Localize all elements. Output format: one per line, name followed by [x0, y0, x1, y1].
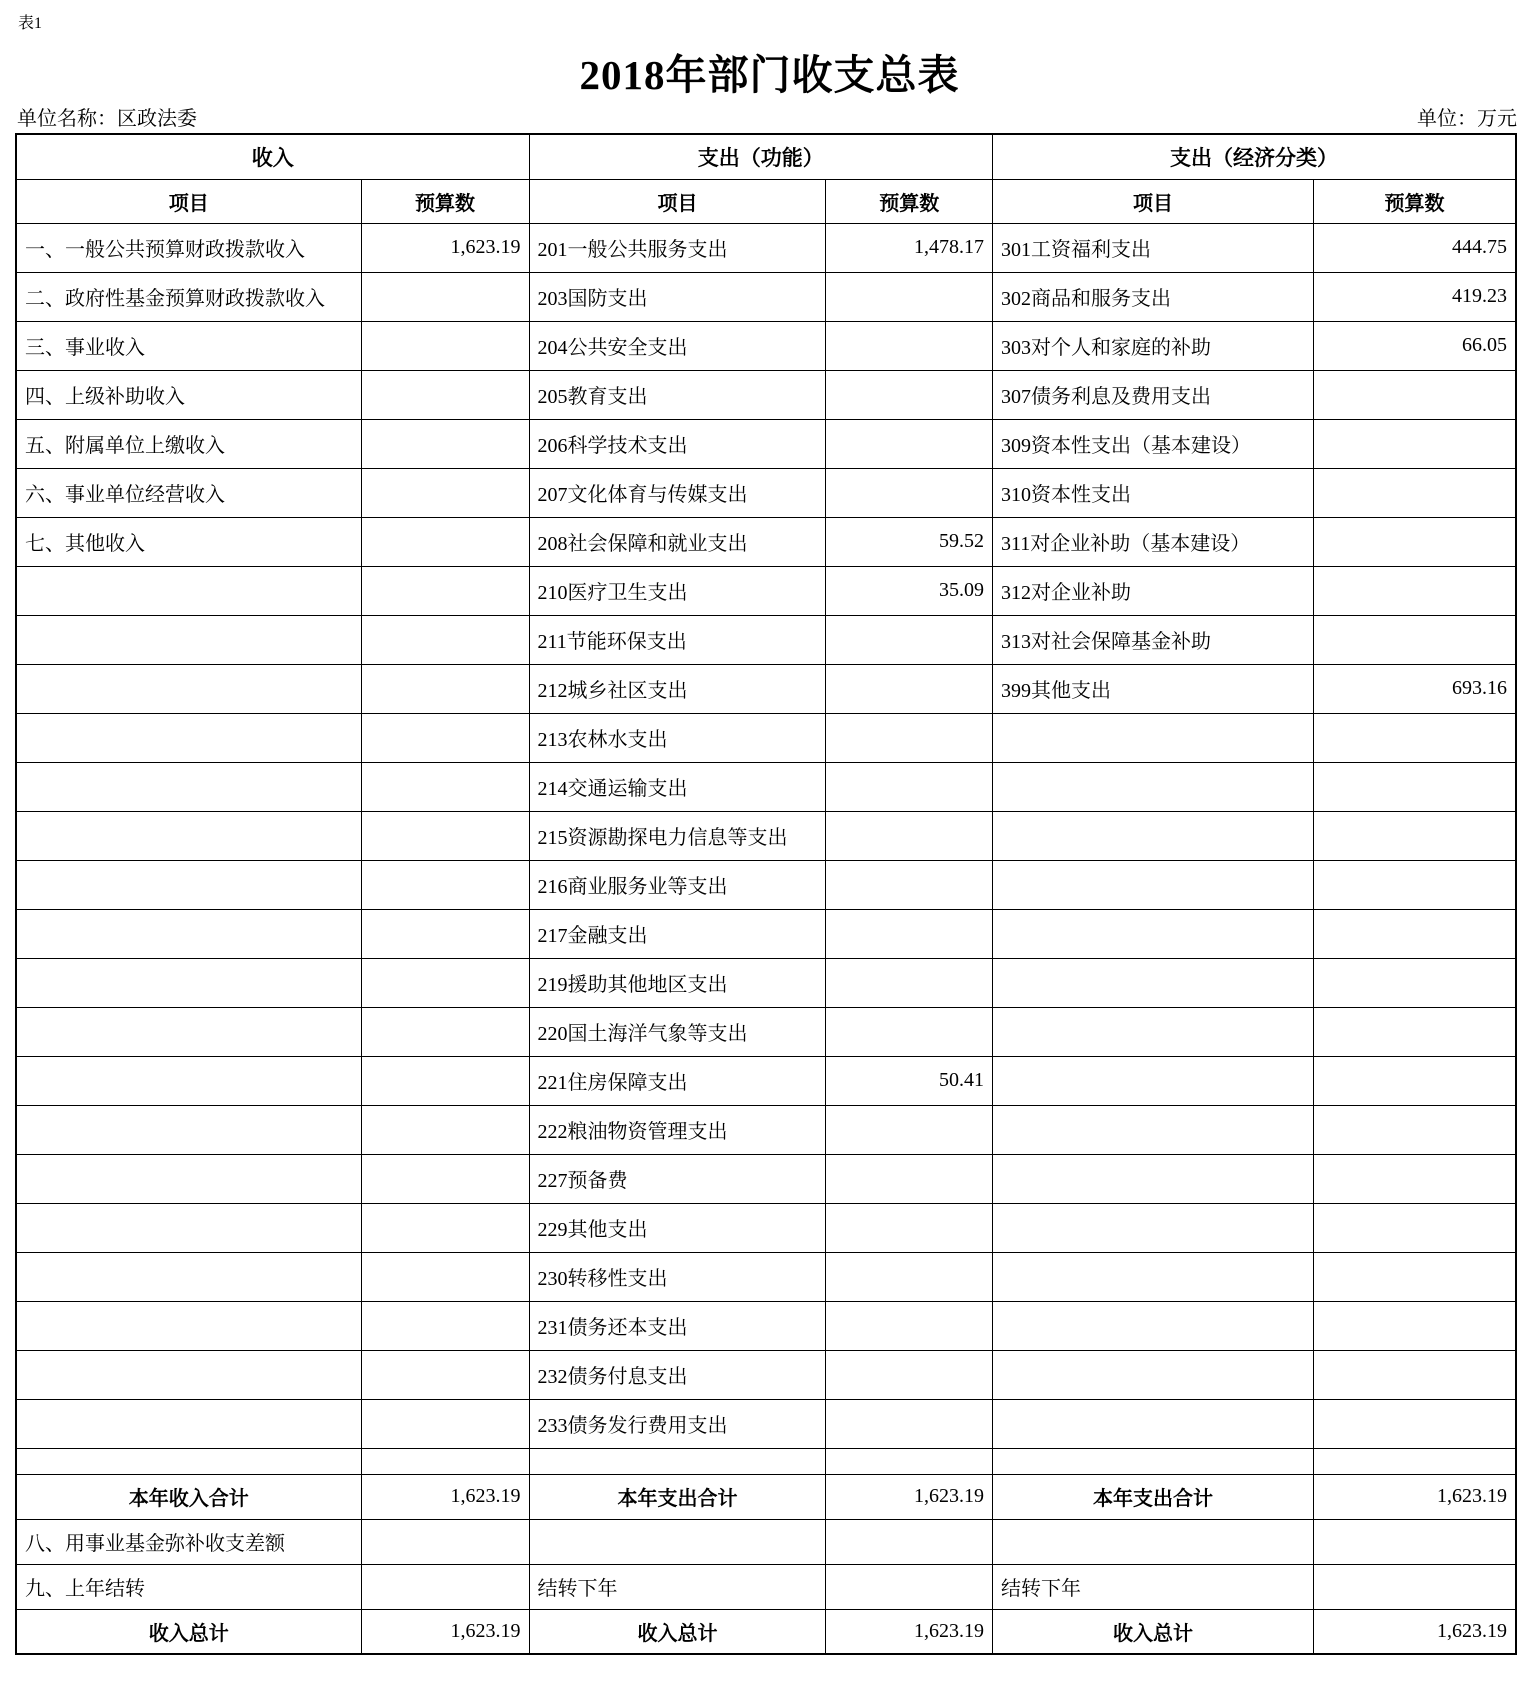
sheet-label: 表1: [18, 10, 42, 33]
budget-value-cell: [826, 1301, 993, 1350]
item-label-cell: [992, 1519, 1313, 1564]
budget-value-cell: [361, 664, 529, 713]
item-label-cell: [16, 1105, 361, 1154]
item-label-cell: [992, 1448, 1313, 1474]
table-row: 九、上年结转结转下年结转下年: [16, 1564, 1516, 1609]
table-row: 215资源勘探电力信息等支出: [16, 811, 1516, 860]
item-label-cell: 收入总计: [992, 1609, 1313, 1654]
item-label-cell: [992, 713, 1313, 762]
budget-value-cell: [826, 1448, 993, 1474]
budget-value-cell: [826, 811, 993, 860]
item-label-cell: 216商业服务业等支出: [529, 860, 826, 909]
budget-value-cell: [826, 468, 993, 517]
item-label-cell: [16, 958, 361, 1007]
item-label-cell: 七、其他收入: [16, 517, 361, 566]
item-label-cell: [992, 762, 1313, 811]
budget-value-cell: 1,478.17: [826, 223, 993, 272]
item-label-cell: 231债务还本支出: [529, 1301, 826, 1350]
table-row: 二、政府性基金预算财政拨款收入203国防支出302商品和服务支出419.23: [16, 272, 1516, 321]
budget-value-cell: 693.16: [1313, 664, 1516, 713]
budget-value-cell: [361, 468, 529, 517]
budget-value-cell: [1313, 1399, 1516, 1448]
table-row: 七、其他收入208社会保障和就业支出59.52311对企业补助（基本建设）: [16, 517, 1516, 566]
item-label-cell: 217金融支出: [529, 909, 826, 958]
budget-value-cell: [361, 1252, 529, 1301]
budget-value-cell: 66.05: [1313, 321, 1516, 370]
item-label-cell: 四、上级补助收入: [16, 370, 361, 419]
item-label-cell: 本年收入合计: [16, 1474, 361, 1519]
item-label-cell: [16, 860, 361, 909]
item-label-cell: 205教育支出: [529, 370, 826, 419]
item-label-cell: 313对社会保障基金补助: [992, 615, 1313, 664]
budget-value-cell: [1313, 1007, 1516, 1056]
item-label-cell: [992, 811, 1313, 860]
item-label-cell: 310资本性支出: [992, 468, 1313, 517]
item-label-cell: [992, 1105, 1313, 1154]
page-title: 2018年部门收支总表: [0, 42, 1539, 101]
budget-value-cell: [1313, 811, 1516, 860]
item-label-cell: [992, 1056, 1313, 1105]
budget-value-cell: [1313, 762, 1516, 811]
table-row: 229其他支出: [16, 1203, 1516, 1252]
item-label-cell: 二、政府性基金预算财政拨款收入: [16, 272, 361, 321]
item-label-cell: 232债务付息支出: [529, 1350, 826, 1399]
table-row: 一、一般公共预算财政拨款收入1,623.19201一般公共服务支出1,478.1…: [16, 223, 1516, 272]
item-label-cell: 302商品和服务支出: [992, 272, 1313, 321]
budget-value-cell: [1313, 860, 1516, 909]
item-label-cell: 307债务利息及费用支出: [992, 370, 1313, 419]
budget-value-cell: [1313, 713, 1516, 762]
budget-value-cell: [826, 762, 993, 811]
item-label-cell: [16, 909, 361, 958]
item-label-cell: 233债务发行费用支出: [529, 1399, 826, 1448]
budget-value-cell: [361, 321, 529, 370]
item-label-cell: 五、附属单位上缴收入: [16, 419, 361, 468]
budget-value-cell: [826, 321, 993, 370]
group-header-expenditure-economic: 支出（经济分类）: [992, 134, 1516, 179]
item-label-cell: 301工资福利支出: [992, 223, 1313, 272]
item-label-cell: [16, 1252, 361, 1301]
currency-unit-label: 单位：万元: [1417, 102, 1517, 131]
item-label-cell: 220国土海洋气象等支出: [529, 1007, 826, 1056]
table-row: 210医疗卫生支出35.09312对企业补助: [16, 566, 1516, 615]
item-label-cell: [16, 615, 361, 664]
item-label-cell: [992, 1203, 1313, 1252]
item-label-cell: 215资源勘探电力信息等支出: [529, 811, 826, 860]
item-label-cell: [992, 909, 1313, 958]
column-header-budget: 预算数: [826, 179, 993, 223]
budget-value-cell: 59.52: [826, 517, 993, 566]
item-label-cell: 收入总计: [16, 1609, 361, 1654]
budget-value-cell: [361, 370, 529, 419]
budget-value-cell: [361, 1350, 529, 1399]
table-row: 五、附属单位上缴收入206科学技术支出309资本性支出（基本建设）: [16, 419, 1516, 468]
item-label-cell: [16, 1154, 361, 1203]
item-label-cell: 210医疗卫生支出: [529, 566, 826, 615]
item-label-cell: 399其他支出: [992, 664, 1313, 713]
budget-value-cell: [1313, 566, 1516, 615]
budget-value-cell: [826, 1007, 993, 1056]
item-label-cell: [16, 1203, 361, 1252]
group-header-row: 收入 支出（功能） 支出（经济分类）: [16, 134, 1516, 179]
item-label-cell: [16, 1448, 361, 1474]
item-label-cell: 213农林水支出: [529, 713, 826, 762]
budget-value-cell: 1,623.19: [361, 223, 529, 272]
budget-value-cell: [826, 958, 993, 1007]
item-label-cell: [16, 811, 361, 860]
budget-value-cell: [361, 860, 529, 909]
item-label-cell: [16, 762, 361, 811]
column-header-item: 项目: [529, 179, 826, 223]
table-row: 233债务发行费用支出: [16, 1399, 1516, 1448]
budget-value-cell: [1313, 1448, 1516, 1474]
budget-value-cell: [826, 713, 993, 762]
budget-value-cell: [361, 615, 529, 664]
item-label-cell: 六、事业单位经营收入: [16, 468, 361, 517]
budget-value-cell: 1,623.19: [361, 1474, 529, 1519]
budget-value-cell: [361, 1519, 529, 1564]
group-header-expenditure-function: 支出（功能）: [529, 134, 992, 179]
column-header-item: 项目: [992, 179, 1313, 223]
table-row: 214交通运输支出: [16, 762, 1516, 811]
budget-value-cell: [361, 1399, 529, 1448]
budget-value-cell: [1313, 615, 1516, 664]
item-label-cell: 一、一般公共预算财政拨款收入: [16, 223, 361, 272]
item-label-cell: [16, 1007, 361, 1056]
budget-value-cell: [826, 664, 993, 713]
budget-value-cell: [361, 517, 529, 566]
item-label-cell: [992, 1301, 1313, 1350]
table-row: 216商业服务业等支出: [16, 860, 1516, 909]
budget-value-cell: [1313, 958, 1516, 1007]
budget-summary-table: 收入 支出（功能） 支出（经济分类） 项目 预算数 项目 预算数 项目 预算数 …: [15, 133, 1517, 1655]
column-header-budget: 预算数: [361, 179, 529, 223]
budget-value-cell: [1313, 909, 1516, 958]
budget-value-cell: [826, 1350, 993, 1399]
budget-value-cell: [361, 1105, 529, 1154]
budget-value-cell: [361, 272, 529, 321]
budget-value-cell: [361, 958, 529, 1007]
budget-value-cell: 1,623.19: [361, 1609, 529, 1654]
item-label-cell: [992, 1399, 1313, 1448]
item-label-cell: [16, 664, 361, 713]
item-label-cell: 312对企业补助: [992, 566, 1313, 615]
table-row: 227预备费: [16, 1154, 1516, 1203]
table-row: 212城乡社区支出399其他支出693.16: [16, 664, 1516, 713]
table-row: 230转移性支出: [16, 1252, 1516, 1301]
budget-value-cell: [826, 1154, 993, 1203]
table-row: 四、上级补助收入205教育支出307债务利息及费用支出: [16, 370, 1516, 419]
budget-value-cell: [361, 1564, 529, 1609]
budget-value-cell: 1,623.19: [826, 1609, 993, 1654]
budget-value-cell: [1313, 468, 1516, 517]
meta-row: 单位名称：区政法委 单位：万元: [17, 102, 1517, 131]
budget-value-cell: [361, 1301, 529, 1350]
item-label-cell: 201一般公共服务支出: [529, 223, 826, 272]
item-label-cell: 203国防支出: [529, 272, 826, 321]
item-label-cell: 八、用事业基金弥补收支差额: [16, 1519, 361, 1564]
budget-value-cell: [826, 1399, 993, 1448]
budget-value-cell: [826, 615, 993, 664]
budget-value-cell: [1313, 517, 1516, 566]
budget-value-cell: [826, 860, 993, 909]
item-label-cell: 本年支出合计: [992, 1474, 1313, 1519]
item-label-cell: 211节能环保支出: [529, 615, 826, 664]
item-label-cell: [529, 1519, 826, 1564]
table-row: 221住房保障支出50.41: [16, 1056, 1516, 1105]
item-label-cell: 207文化体育与传媒支出: [529, 468, 826, 517]
budget-value-cell: [361, 566, 529, 615]
item-label-cell: 收入总计: [529, 1609, 826, 1654]
item-label-cell: 九、上年结转: [16, 1564, 361, 1609]
item-label-cell: 结转下年: [529, 1564, 826, 1609]
item-label-cell: 212城乡社区支出: [529, 664, 826, 713]
budget-value-cell: [361, 1056, 529, 1105]
budget-value-cell: [361, 419, 529, 468]
item-label-cell: 本年支出合计: [529, 1474, 826, 1519]
budget-value-cell: [1313, 1350, 1516, 1399]
budget-value-cell: [1313, 1519, 1516, 1564]
item-label-cell: 三、事业收入: [16, 321, 361, 370]
unit-name-label: 单位名称：区政法委: [17, 102, 197, 131]
budget-value-cell: 35.09: [826, 566, 993, 615]
budget-value-cell: [826, 909, 993, 958]
item-label-cell: 221住房保障支出: [529, 1056, 826, 1105]
table-row: 三、事业收入204公共安全支出303对个人和家庭的补助66.05: [16, 321, 1516, 370]
budget-value-cell: [1313, 419, 1516, 468]
item-label-cell: 222粮油物资管理支出: [529, 1105, 826, 1154]
budget-value-cell: [826, 370, 993, 419]
item-label-cell: [992, 1252, 1313, 1301]
budget-value-cell: [1313, 1056, 1516, 1105]
budget-value-cell: [826, 1519, 993, 1564]
column-header-item: 项目: [16, 179, 361, 223]
item-label-cell: [16, 713, 361, 762]
budget-value-cell: [1313, 1564, 1516, 1609]
group-header-revenue: 收入: [16, 134, 529, 179]
column-header-row: 项目 预算数 项目 预算数 项目 预算数: [16, 179, 1516, 223]
item-label-cell: 204公共安全支出: [529, 321, 826, 370]
budget-value-cell: [1313, 1203, 1516, 1252]
budget-value-cell: [361, 1203, 529, 1252]
item-label-cell: 309资本性支出（基本建设）: [992, 419, 1313, 468]
item-label-cell: 208社会保障和就业支出: [529, 517, 826, 566]
budget-value-cell: [361, 713, 529, 762]
item-label-cell: [992, 1007, 1313, 1056]
item-label-cell: 303对个人和家庭的补助: [992, 321, 1313, 370]
budget-value-cell: [1313, 370, 1516, 419]
item-label-cell: [992, 1350, 1313, 1399]
budget-value-cell: 444.75: [1313, 223, 1516, 272]
item-label-cell: [529, 1448, 826, 1474]
budget-value-cell: [361, 1007, 529, 1056]
table-row: 六、事业单位经营收入207文化体育与传媒支出310资本性支出: [16, 468, 1516, 517]
table-row: 219援助其他地区支出: [16, 958, 1516, 1007]
table-row: 231债务还本支出: [16, 1301, 1516, 1350]
budget-summary-page: 表1 2018年部门收支总表 单位名称：区政法委 单位：万元 收入 支出（功能）…: [0, 0, 1539, 1700]
item-label-cell: 227预备费: [529, 1154, 826, 1203]
item-label-cell: [16, 1399, 361, 1448]
budget-value-cell: 419.23: [1313, 272, 1516, 321]
budget-value-cell: [361, 762, 529, 811]
budget-value-cell: [1313, 1301, 1516, 1350]
budget-value-cell: [361, 1448, 529, 1474]
item-label-cell: 206科学技术支出: [529, 419, 826, 468]
budget-value-cell: [361, 909, 529, 958]
column-header-budget: 预算数: [1313, 179, 1516, 223]
total-row: 本年收入合计1,623.19本年支出合计1,623.19本年支出合计1,623.…: [16, 1474, 1516, 1519]
budget-value-cell: 50.41: [826, 1056, 993, 1105]
budget-value-cell: [826, 419, 993, 468]
budget-value-cell: 1,623.19: [1313, 1609, 1516, 1654]
item-label-cell: 214交通运输支出: [529, 762, 826, 811]
table-row: 八、用事业基金弥补收支差额: [16, 1519, 1516, 1564]
total-row: 收入总计1,623.19收入总计1,623.19收入总计1,623.19: [16, 1609, 1516, 1654]
budget-value-cell: [1313, 1105, 1516, 1154]
budget-value-cell: [826, 1203, 993, 1252]
budget-value-cell: [826, 1252, 993, 1301]
budget-value-cell: [1313, 1154, 1516, 1203]
table-row: 220国土海洋气象等支出: [16, 1007, 1516, 1056]
item-label-cell: [16, 1350, 361, 1399]
spacer-row: [16, 1448, 1516, 1474]
item-label-cell: [992, 958, 1313, 1007]
item-label-cell: 结转下年: [992, 1564, 1313, 1609]
budget-value-cell: [826, 1564, 993, 1609]
item-label-cell: [16, 566, 361, 615]
table-row: 211节能环保支出313对社会保障基金补助: [16, 615, 1516, 664]
budget-table-body: 一、一般公共预算财政拨款收入1,623.19201一般公共服务支出1,478.1…: [16, 223, 1516, 1654]
budget-value-cell: [1313, 1252, 1516, 1301]
item-label-cell: 219援助其他地区支出: [529, 958, 826, 1007]
item-label-cell: 229其他支出: [529, 1203, 826, 1252]
item-label-cell: [16, 1056, 361, 1105]
item-label-cell: 230转移性支出: [529, 1252, 826, 1301]
budget-value-cell: 1,623.19: [1313, 1474, 1516, 1519]
item-label-cell: [992, 860, 1313, 909]
table-row: 232债务付息支出: [16, 1350, 1516, 1399]
budget-value-cell: 1,623.19: [826, 1474, 993, 1519]
budget-value-cell: [826, 272, 993, 321]
table-row: 213农林水支出: [16, 713, 1516, 762]
table-row: 217金融支出: [16, 909, 1516, 958]
budget-value-cell: [826, 1105, 993, 1154]
item-label-cell: [16, 1301, 361, 1350]
item-label-cell: [992, 1154, 1313, 1203]
budget-value-cell: [361, 811, 529, 860]
item-label-cell: 311对企业补助（基本建设）: [992, 517, 1313, 566]
budget-value-cell: [361, 1154, 529, 1203]
table-row: 222粮油物资管理支出: [16, 1105, 1516, 1154]
